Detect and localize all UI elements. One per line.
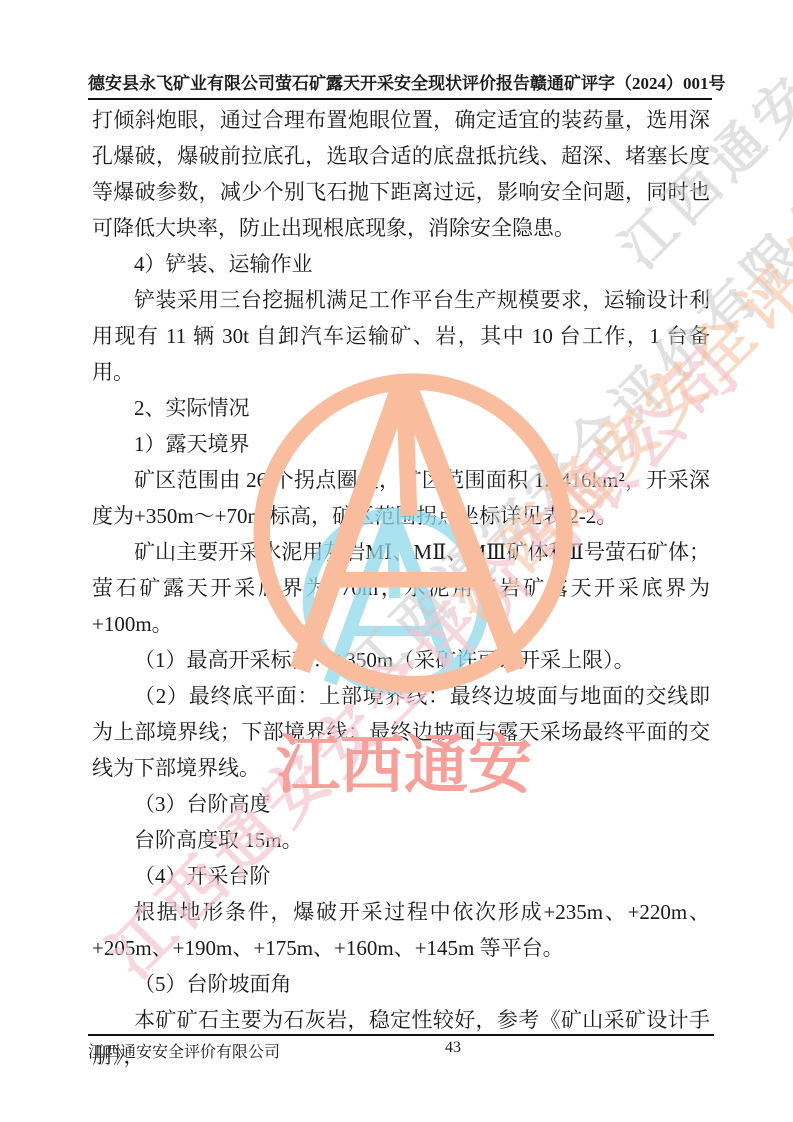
body-paragraph: 铲装采用三台挖掘机满足工作平台生产规模要求，运输设计利用现有 11 辆 30t … xyxy=(92,282,710,390)
body-paragraph: 打倾斜炮眼，通过合理布置炮眼位置，确定适宜的装药量，选用深孔爆破，爆破前拉底孔，… xyxy=(92,102,710,246)
body-paragraph: （4）开采台阶 xyxy=(92,858,710,894)
body-paragraph: 台阶高度取 15m。 xyxy=(92,822,710,858)
body-paragraph: （1）最高开采标高：+350m（采矿许可证开采上限）。 xyxy=(92,642,710,678)
report-title: 德安县永飞矿业有限公司萤石矿露天开采安全现状评价报告 xyxy=(88,69,530,94)
body-paragraph: 根据地形条件，爆破开采过程中依次形成+235m、+220m、+205m、+190… xyxy=(92,894,710,966)
body-paragraph: （3）台阶高度 xyxy=(92,786,710,822)
body-text: 打倾斜炮眼，通过合理布置炮眼位置，确定适宜的装药量，选用深孔爆破，爆破前拉底孔，… xyxy=(92,102,710,1074)
body-paragraph: 矿山主要开采水泥用灰岩MⅠ、MⅡ、MⅢ矿体和Ⅱ号萤石矿体；萤石矿露天开采底界为+… xyxy=(92,534,710,642)
document-page: 德安县永飞矿业有限公司萤石矿露天开采安全现状评价报告 赣通矿评字（2024）00… xyxy=(0,0,793,1122)
body-paragraph: （2）最终底平面：上部境界线：最终边坡面与地面的交线即为上部境界线；下部境界线：… xyxy=(92,678,710,786)
page-header: 德安县永飞矿业有限公司萤石矿露天开采安全现状评价报告 赣通矿评字（2024）00… xyxy=(88,68,712,100)
body-paragraph: （5）台阶坡面角 xyxy=(92,966,710,1002)
body-paragraph: 4）铲装、运输作业 xyxy=(92,246,710,282)
body-paragraph: 2、实际情况 xyxy=(92,390,710,426)
document-number: 赣通矿评字（2024）001号 xyxy=(530,69,726,94)
body-paragraph: 矿区范围由 26 个拐点圈定，矿区范围面积 1.1416km²，开采深度为+35… xyxy=(92,462,710,534)
body-paragraph: 1）露天境界 xyxy=(92,426,710,462)
body-paragraph: 本矿矿石主要为石灰岩，稳定性较好，参考《矿山采矿设计手册》， xyxy=(92,1002,710,1074)
